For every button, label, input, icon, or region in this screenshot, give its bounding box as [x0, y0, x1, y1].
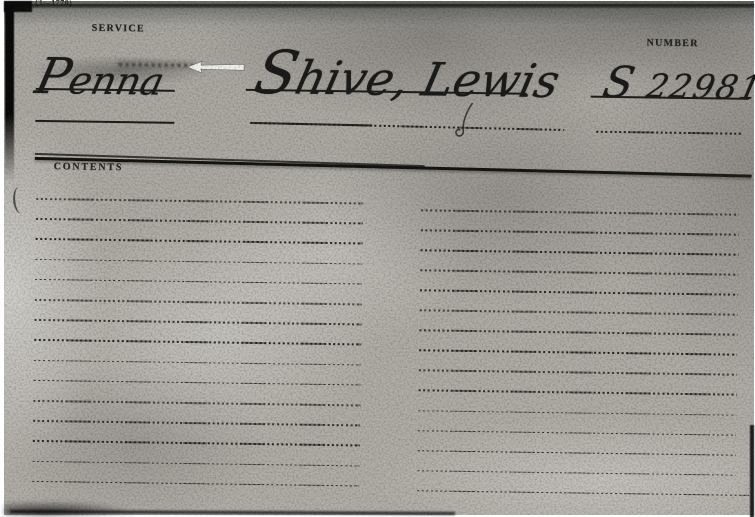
ruled-line [420, 269, 738, 275]
ruled-line [419, 370, 737, 376]
scan-top-edge [30, 4, 754, 8]
ruled-line [421, 229, 739, 235]
ruled-line [418, 450, 736, 456]
ruled-line [418, 430, 736, 436]
ruled-line [420, 289, 738, 295]
ruled-line [417, 490, 749, 496]
contents-column-right [0, 0, 754, 517]
scan-right-edge [750, 425, 754, 517]
scan-corner-bottom-left [4, 500, 139, 515]
ruled-line [418, 410, 736, 416]
card-paper: (3—1770) SERVICE NUMBER Penna Shive, Lew… [4, 1, 754, 515]
ruled-line [421, 209, 739, 215]
ruled-line [419, 330, 737, 336]
ruled-line [420, 310, 738, 316]
scanned-service-card: (3—1770) SERVICE NUMBER Penna Shive, Lew… [0, 0, 755, 517]
scan-left-edge-bar [5, 6, 14, 181]
ruled-line [419, 390, 737, 396]
card-content: (3—1770) SERVICE NUMBER Penna Shive, Lew… [0, 0, 754, 517]
ruled-line [419, 350, 737, 356]
ruled-line [417, 470, 735, 476]
ruled-line [421, 249, 739, 255]
